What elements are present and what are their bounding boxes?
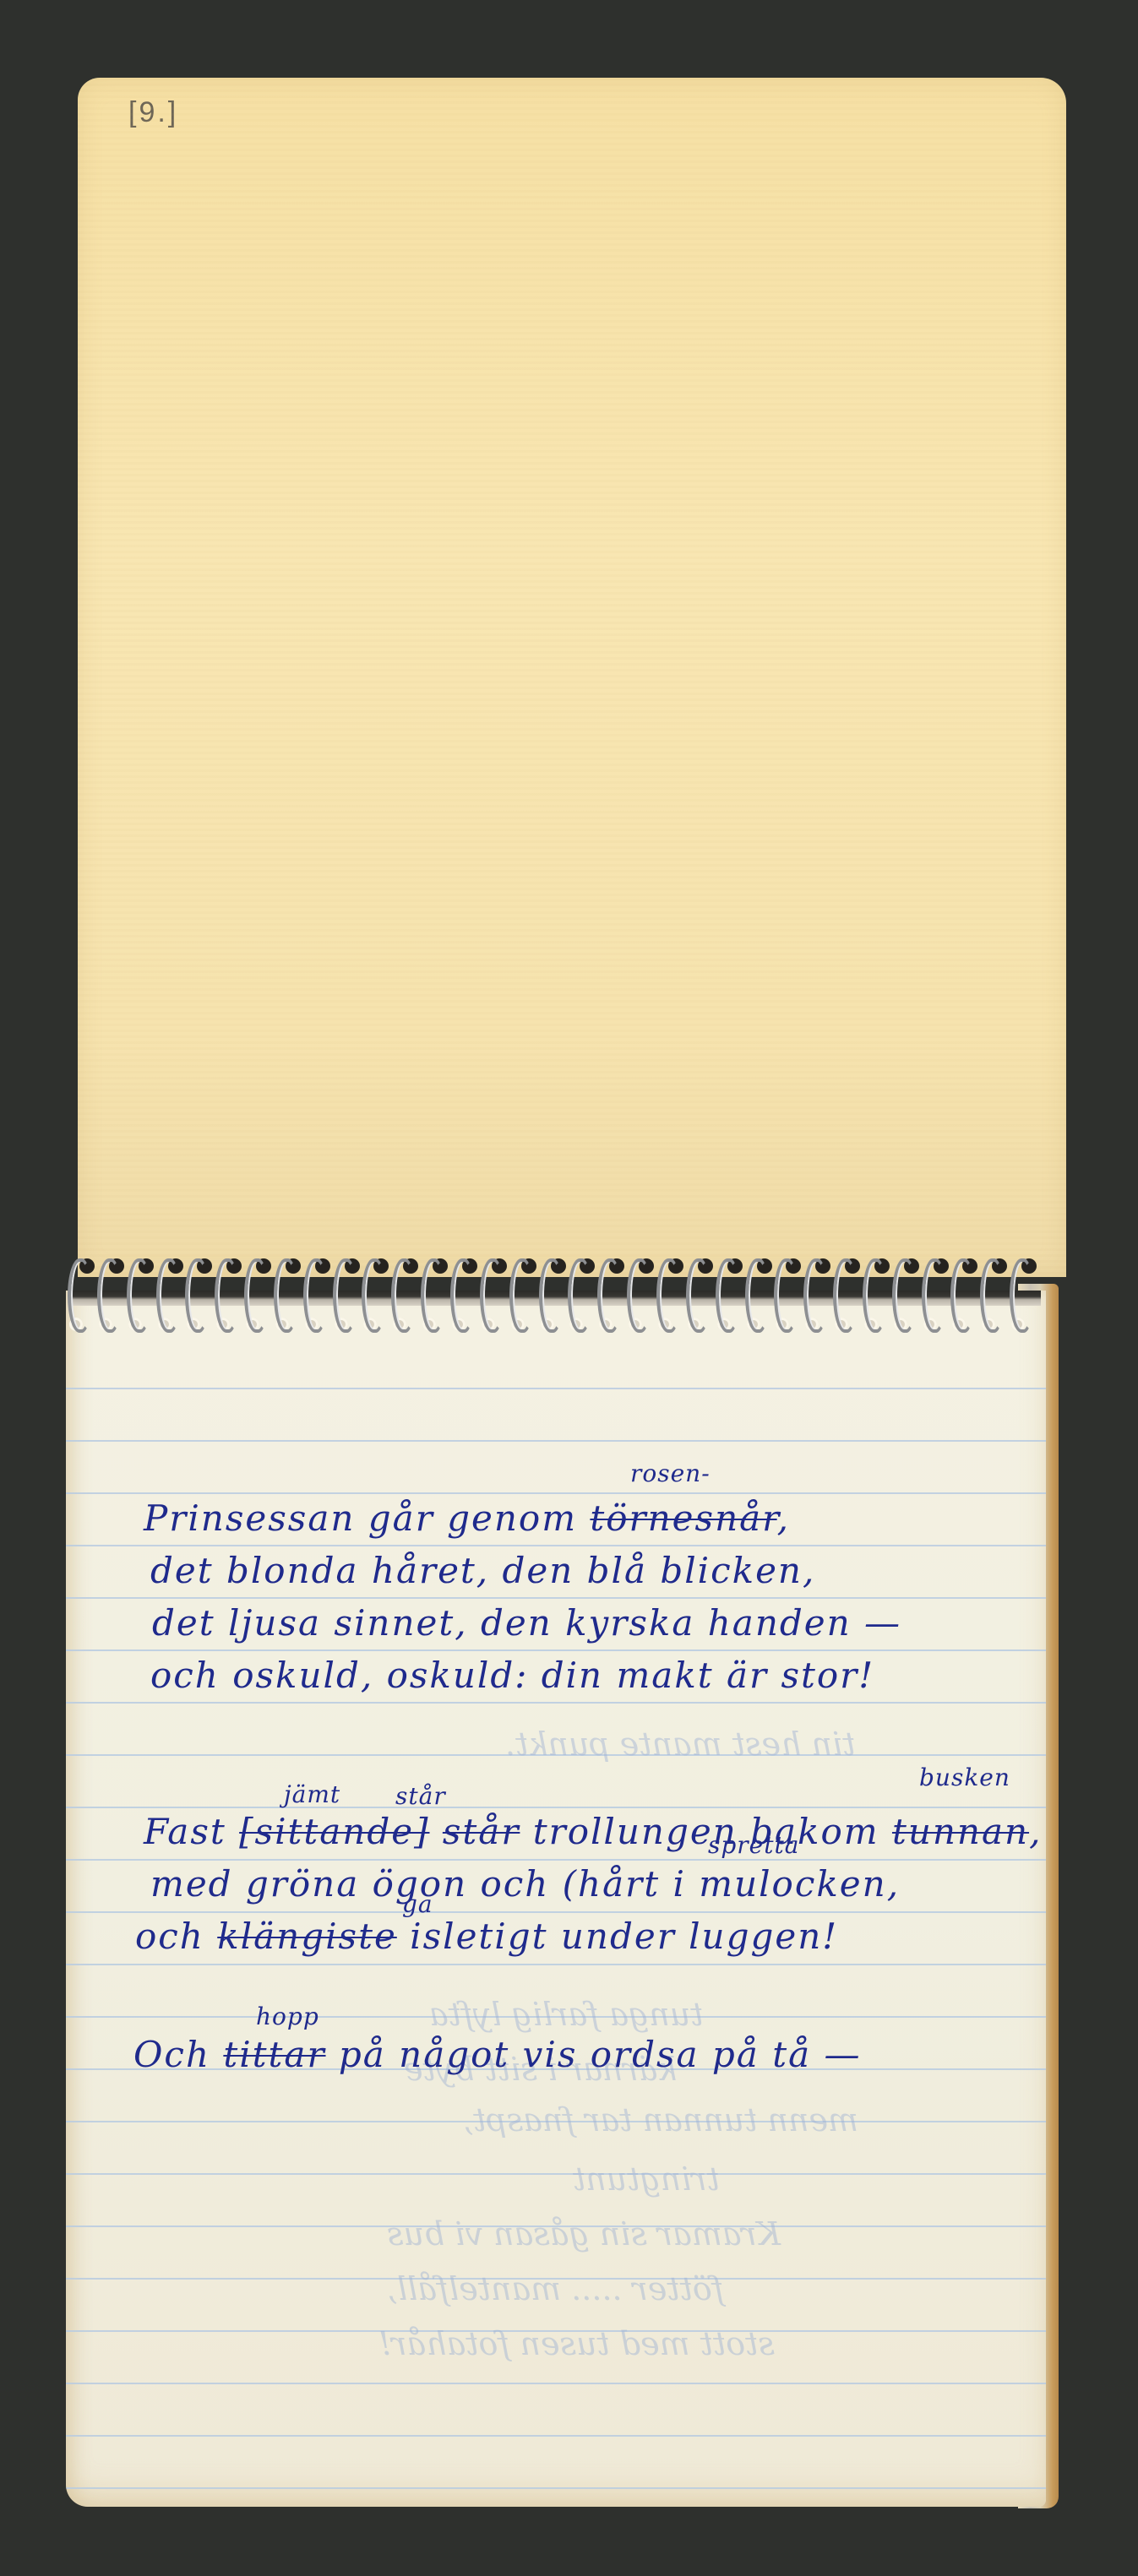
ruled-line [66, 2435, 1046, 2437]
spiral-ring [274, 1258, 297, 1333]
poem-line-4: och oskuld, oskuld: din makt är stor! [150, 1655, 874, 1696]
poem-text: , [777, 1497, 790, 1539]
spiral-ring [450, 1258, 474, 1333]
ruled-line [66, 1545, 1046, 1546]
spiral-ring [421, 1258, 444, 1333]
spiral-ring [215, 1258, 238, 1333]
ruled-line [66, 1388, 1046, 1389]
spiral-ring [597, 1258, 621, 1333]
spiral-ring [509, 1258, 533, 1333]
ruled-line [66, 1859, 1046, 1861]
spiral-ring [333, 1258, 357, 1333]
ruled-line [66, 1964, 1046, 1965]
struck-word: tunnan [892, 1811, 1029, 1852]
poem-line-8: Och tittar på något vis ordsa på tå — [133, 2034, 861, 2075]
insertion-ga: ga [402, 1890, 433, 1918]
spiral-ring [745, 1258, 769, 1333]
bleed-through-text: tin hest mante punkt. [505, 1725, 855, 1763]
top-cover-page: [9.] [78, 78, 1066, 1277]
bleed-through-text: tunga farlig lyfta [429, 1996, 703, 2033]
spiral-ring [362, 1258, 385, 1333]
insertion-spretta: spretta [708, 1831, 799, 1859]
spiral-ring [716, 1258, 739, 1333]
poem-text: Och [133, 2034, 223, 2075]
bleed-through-text: stott med tusen fotahår! [378, 2325, 775, 2362]
ruled-line [66, 1911, 1046, 1913]
ruled-line [66, 2487, 1046, 2489]
spiral-ring [244, 1258, 268, 1333]
poem-line-7: och klängiste isletigt under luggen! [135, 1916, 838, 1957]
poem-text: på något vis ordsa på tå — [326, 2034, 862, 2075]
struck-word: [sittande] [239, 1811, 429, 1852]
bleed-through-text: menn tunnan tar fnaspt, [463, 2101, 858, 2139]
spiral-ring [391, 1258, 415, 1333]
spiral-ring [774, 1258, 798, 1333]
spiral-ring [833, 1258, 857, 1333]
struck-word: törnesnår [590, 1497, 776, 1539]
poem-line-6: med gröna ögon och (hårt i mulocken, [150, 1863, 900, 1905]
ruled-line [66, 1440, 1046, 1442]
page-number-label: [9.] [128, 96, 178, 129]
spiral-ring [803, 1258, 827, 1333]
insertion-jamt: jämt [284, 1780, 340, 1808]
poem-line-2: det blonda håret, den blå blicken, [150, 1550, 815, 1591]
ruled-line [66, 1492, 1046, 1494]
spiral-ring [480, 1258, 504, 1333]
notebook-scan: [9.] tin hest mante punkt. tunga farlig … [0, 0, 1138, 2576]
spiral-ring [892, 1258, 916, 1333]
poem-line-3: det ljusa sinnet, den kyrska handen — [152, 1602, 901, 1644]
poem-text: trollungen bakom [520, 1811, 892, 1852]
spiral-ring [627, 1258, 651, 1333]
lined-page: tin hest mante punkt. tunga farlig lyfta… [66, 1291, 1046, 2507]
ruled-line [66, 1702, 1046, 1704]
poem-line-1: Prinsessan går genom törnesnår, [144, 1497, 790, 1539]
spiral-ring [656, 1258, 680, 1333]
bleed-through-text: tringtunt [573, 2160, 720, 2198]
spiral-ring [922, 1258, 945, 1333]
ruled-line [66, 1597, 1046, 1599]
ruled-line [66, 2383, 1046, 2384]
insertion-rosen: rosen- [630, 1459, 711, 1487]
spiral-ring [863, 1258, 886, 1333]
bleed-through-text: Kramar sin gåsan vi bus [387, 2215, 781, 2253]
spiral-ring [950, 1258, 974, 1333]
bleed-through-text: fötter ..... mantelfåll, [387, 2270, 724, 2307]
insertion-hopp: hopp [256, 2003, 319, 2030]
spiral-ring [568, 1258, 591, 1333]
struck-word: klängiste [217, 1916, 397, 1957]
ruled-line [66, 1807, 1046, 1808]
poem-text: och [135, 1916, 217, 1957]
spiral-ring [980, 1258, 1004, 1333]
ruled-line [66, 1649, 1046, 1651]
spiral-ring [185, 1258, 209, 1333]
poem-text: , [1029, 1811, 1042, 1852]
poem-line-5: Fast [sittande] står trollungen bakom tu… [144, 1811, 1042, 1852]
ruled-line [66, 2173, 1046, 2175]
spiral-ring [1010, 1258, 1033, 1333]
spiral-ring [127, 1258, 150, 1333]
spiral-ring [539, 1258, 563, 1333]
insertion-busken: busken [919, 1764, 1010, 1791]
spiral-ring [68, 1258, 91, 1333]
spiral-ring [97, 1258, 121, 1333]
poem-text: isletigt under luggen! [397, 1916, 838, 1957]
spiral-binding [61, 1242, 1058, 1334]
spiral-ring [303, 1258, 327, 1333]
poem-text: Prinsessan går genom [144, 1497, 590, 1539]
spiral-ring [686, 1258, 710, 1333]
struck-word: tittar [223, 2034, 325, 2075]
struck-word: står [443, 1811, 520, 1852]
spiral-ring [156, 1258, 180, 1333]
poem-text: Fast [144, 1811, 239, 1852]
insertion-star: står [395, 1782, 446, 1810]
